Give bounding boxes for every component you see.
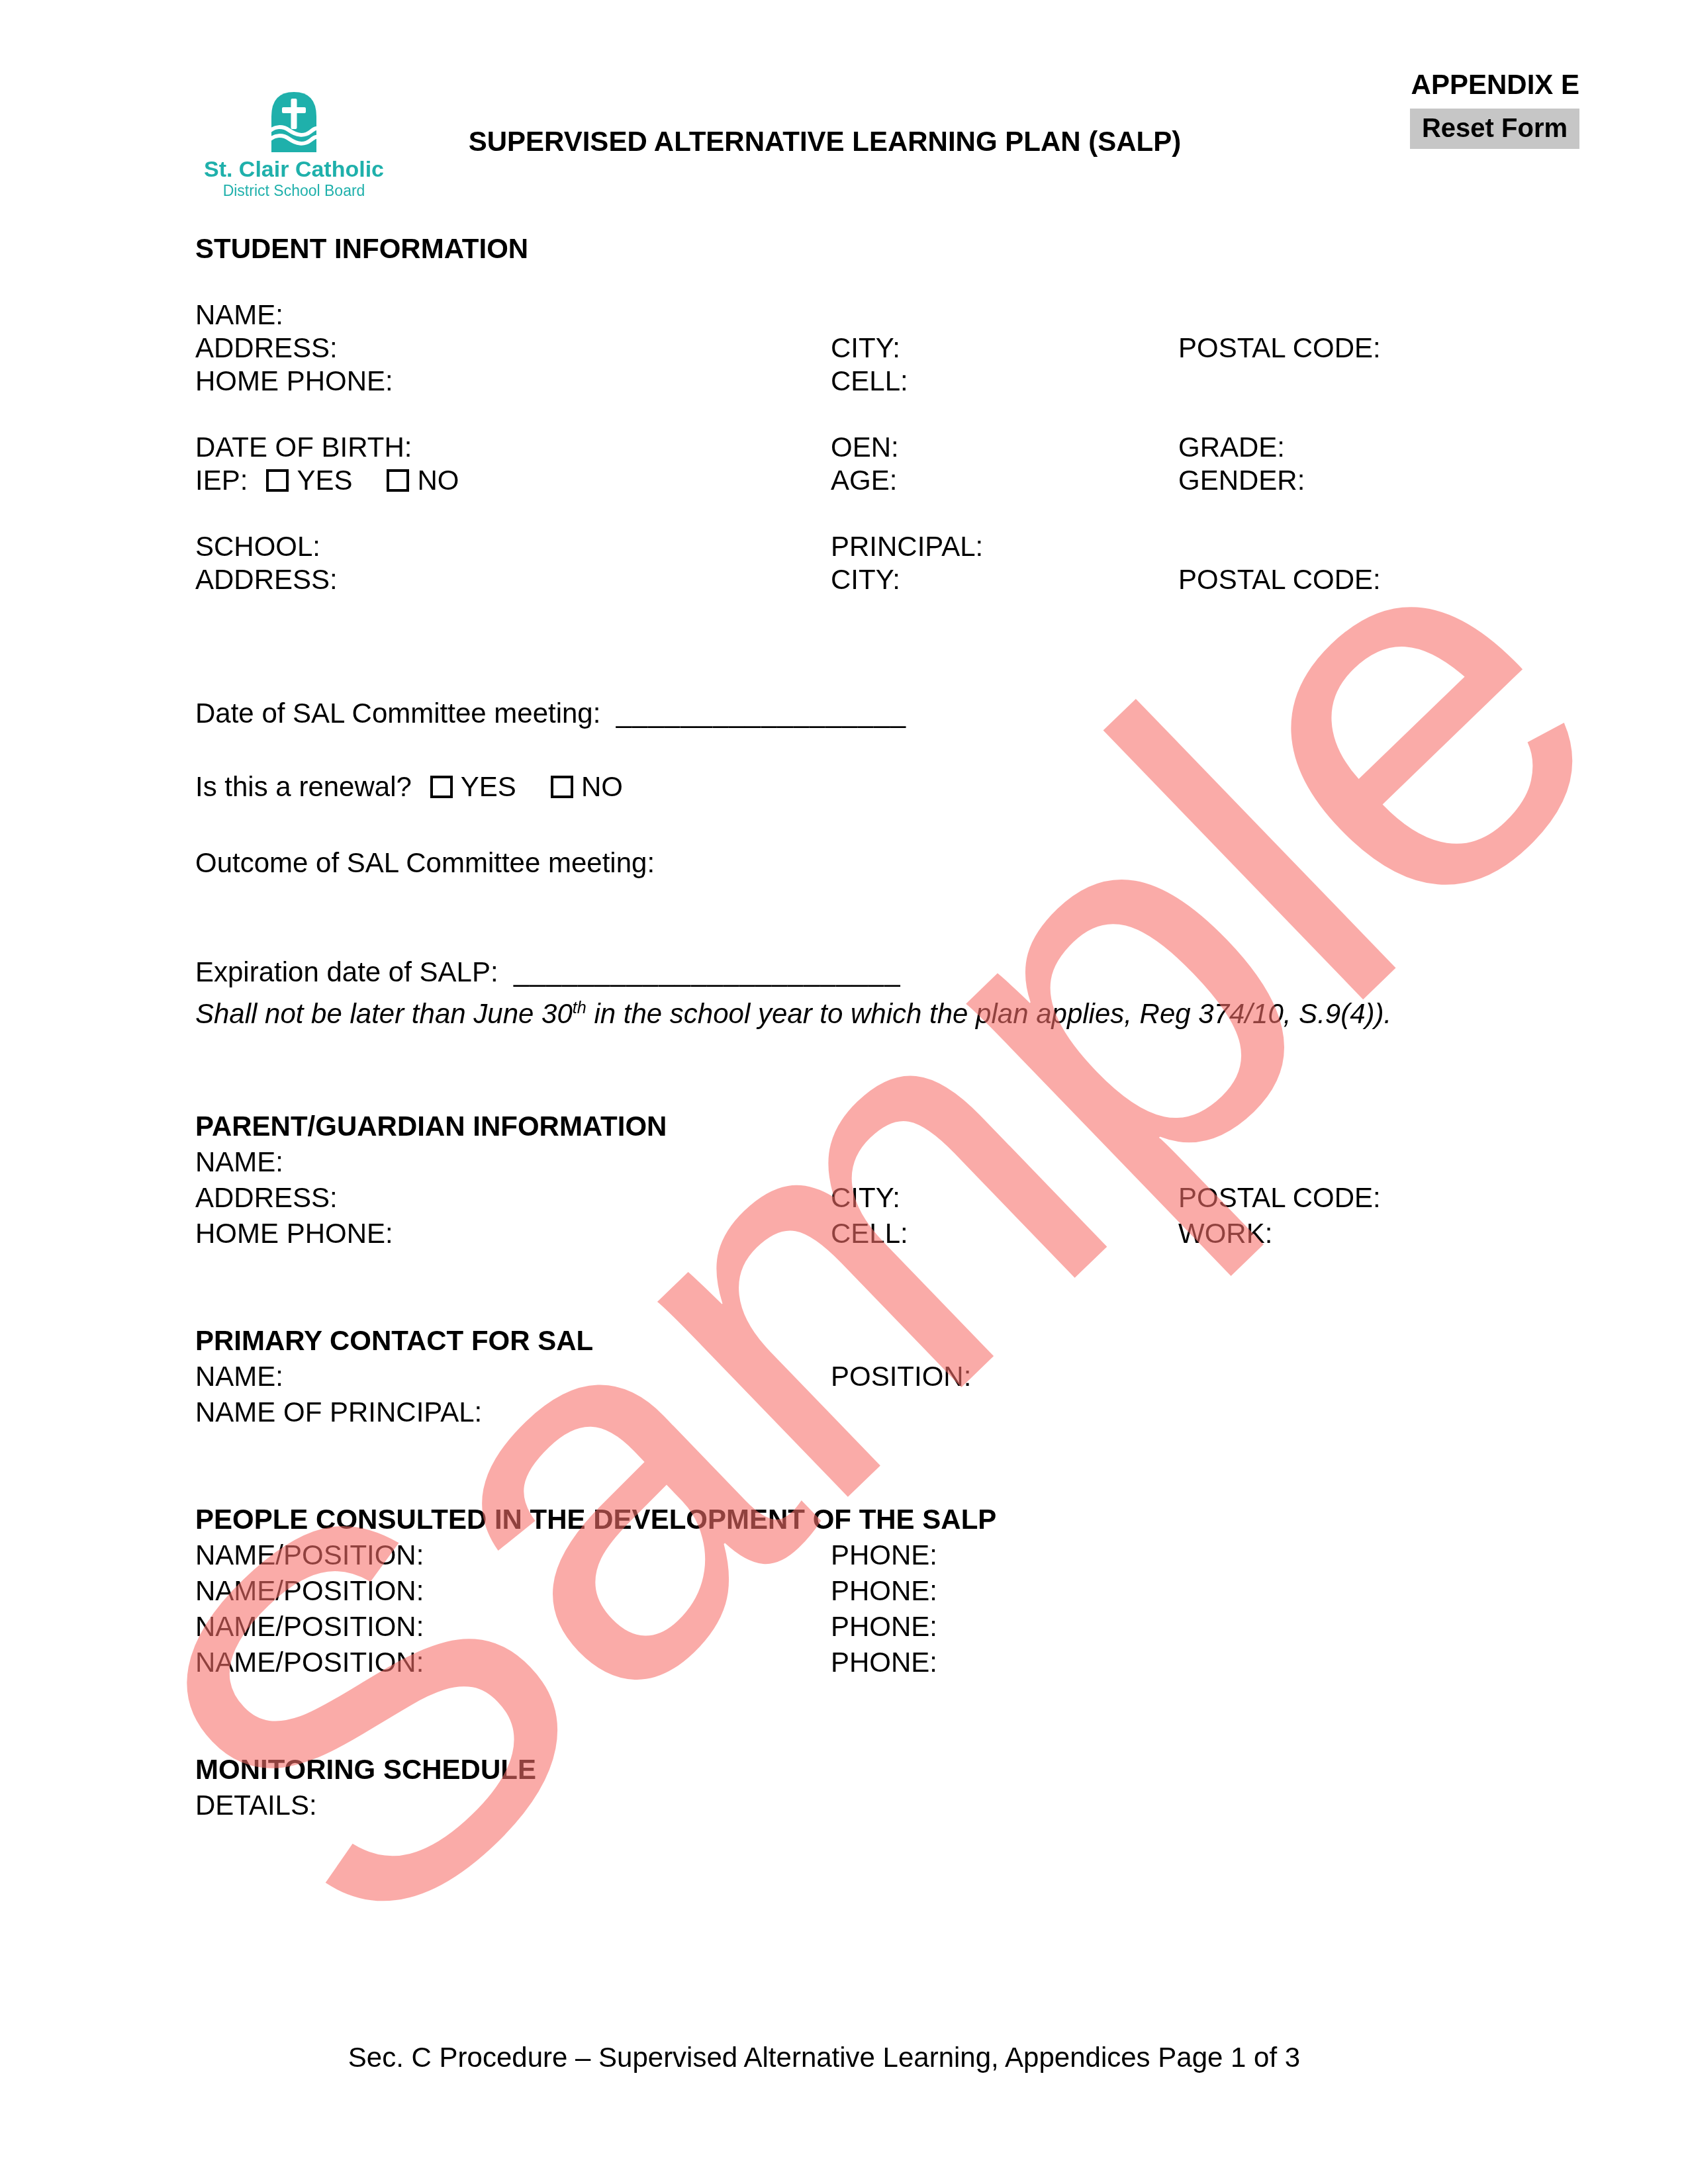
- expiration-label: Expiration date of SALP:: [195, 956, 498, 987]
- renewal-no-checkbox[interactable]: [551, 776, 573, 798]
- parent-phone-row: HOME PHONE: CELL: WORK:: [195, 1216, 1519, 1251]
- school-city-label: CITY:: [831, 562, 900, 598]
- student-gender-label: GENDER:: [1178, 463, 1305, 498]
- principal-name-label: NAME OF PRINCIPAL:: [195, 1396, 482, 1428]
- parent-name-row: NAME:: [195, 1144, 283, 1180]
- student-grade-label: GRADE:: [1178, 430, 1285, 465]
- meeting-date-label: Date of SAL Committee meeting:: [195, 698, 600, 729]
- principal-label: PRINCIPAL:: [831, 529, 983, 565]
- student-phone-row: HOME PHONE: CELL:: [195, 363, 1519, 399]
- student-info-heading: STUDENT INFORMATION: [195, 231, 528, 267]
- student-name-row: NAME:: [195, 297, 283, 333]
- parent-address-row: ADDRESS: CITY: POSTAL CODE:: [195, 1180, 1519, 1216]
- expiration-note-rest: in the school year to which the plan app…: [586, 998, 1391, 1029]
- student-dob-label: DATE OF BIRTH:: [195, 432, 412, 463]
- outcome-label: Outcome of SAL Committee meeting:: [195, 847, 655, 878]
- logo-board-subtitle: District School Board: [162, 181, 426, 200]
- monitoring-heading: MONITORING SCHEDULE: [195, 1752, 536, 1788]
- principal-name-row: NAME OF PRINCIPAL:: [195, 1394, 482, 1430]
- consulted-phone-label: PHONE:: [831, 1645, 937, 1680]
- school-address-label: ADDRESS:: [195, 564, 338, 595]
- consulted-row: NAME/POSITION: PHONE:: [195, 1645, 1519, 1680]
- meeting-date-row: Date of SAL Committee meeting: _________…: [195, 696, 906, 731]
- consulted-phone-label: PHONE:: [831, 1609, 937, 1645]
- consulted-name-label: NAME/POSITION:: [195, 1611, 424, 1642]
- iep-yes-label: YES: [297, 465, 352, 496]
- consulted-phone-label: PHONE:: [831, 1537, 937, 1573]
- iep-no-label: NO: [417, 465, 459, 496]
- primary-contact-name-label: NAME:: [195, 1361, 283, 1392]
- renewal-yes-checkbox[interactable]: [430, 776, 453, 798]
- meeting-date-blank: __________________: [616, 698, 906, 729]
- consulted-row: NAME/POSITION: PHONE:: [195, 1573, 1519, 1609]
- monitoring-details-label: DETAILS:: [195, 1790, 317, 1821]
- expiration-note-superscript: th: [573, 999, 586, 1017]
- student-city-label: CITY:: [831, 330, 900, 366]
- document-title: SUPERVISED ALTERNATIVE LEARNING PLAN (SA…: [0, 124, 1650, 159]
- parent-address-label: ADDRESS:: [195, 1182, 338, 1213]
- parent-info-heading: PARENT/GUARDIAN INFORMATION: [195, 1109, 667, 1144]
- expiration-note: Shall not be later than June 30th in the…: [195, 990, 1391, 1032]
- student-iep-label: IEP:: [195, 465, 248, 496]
- parent-work-label: WORK:: [1178, 1216, 1272, 1251]
- appendix-label: APPENDIX E: [1394, 67, 1579, 103]
- expiration-blank: ________________________: [514, 956, 901, 987]
- school-label: SCHOOL:: [195, 531, 320, 562]
- student-name-label: NAME:: [195, 299, 283, 330]
- iep-yes-checkbox[interactable]: [266, 469, 289, 492]
- parent-postal-label: POSTAL CODE:: [1178, 1180, 1381, 1216]
- consulted-name-label: NAME/POSITION:: [195, 1539, 424, 1570]
- student-oen-label: OEN:: [831, 430, 899, 465]
- school-postal-label: POSTAL CODE:: [1178, 562, 1381, 598]
- consulted-row: NAME/POSITION: PHONE:: [195, 1537, 1519, 1573]
- parent-home-phone-label: HOME PHONE:: [195, 1218, 393, 1249]
- iep-no-checkbox[interactable]: [387, 469, 409, 492]
- monitoring-details-row: DETAILS:: [195, 1788, 317, 1823]
- primary-contact-position-label: POSITION:: [831, 1359, 971, 1394]
- expiration-row: Expiration date of SALP: _______________…: [195, 954, 901, 990]
- page-footer: Sec. C Procedure – Supervised Alternativ…: [0, 2040, 1648, 2075]
- salp-form-page: St. Clair Catholic District School Board…: [0, 0, 1688, 2184]
- parent-cell-label: CELL:: [831, 1216, 908, 1251]
- student-iep-row: IEP:YESNO AGE: GENDER:: [195, 463, 1519, 498]
- renewal-question-label: Is this a renewal?: [195, 771, 412, 802]
- primary-contact-heading: PRIMARY CONTACT FOR SAL: [195, 1323, 593, 1359]
- student-dob-row: DATE OF BIRTH: OEN: GRADE:: [195, 430, 1519, 465]
- logo-board-name: St. Clair Catholic: [162, 158, 426, 181]
- student-postal-label: POSTAL CODE:: [1178, 330, 1381, 366]
- renewal-row: Is this a renewal?YESNO: [195, 769, 623, 805]
- consulted-phone-label: PHONE:: [831, 1573, 937, 1609]
- student-address-row: ADDRESS: CITY: POSTAL CODE:: [195, 330, 1519, 366]
- school-row: SCHOOL: PRINCIPAL:: [195, 529, 1519, 565]
- student-age-label: AGE:: [831, 463, 897, 498]
- consulted-name-label: NAME/POSITION:: [195, 1575, 424, 1606]
- consulted-name-label: NAME/POSITION:: [195, 1647, 424, 1678]
- renewal-no-label: NO: [581, 771, 623, 802]
- consulted-row: NAME/POSITION: PHONE:: [195, 1609, 1519, 1645]
- student-home-phone-label: HOME PHONE:: [195, 365, 393, 396]
- parent-name-label: NAME:: [195, 1146, 283, 1177]
- outcome-row: Outcome of SAL Committee meeting:: [195, 845, 655, 881]
- parent-city-label: CITY:: [831, 1180, 900, 1216]
- student-address-label: ADDRESS:: [195, 332, 338, 363]
- renewal-yes-label: YES: [461, 771, 516, 802]
- primary-contact-name-row: NAME: POSITION:: [195, 1359, 1519, 1394]
- school-address-row: ADDRESS: CITY: POSTAL CODE:: [195, 562, 1519, 598]
- student-cell-label: CELL:: [831, 363, 908, 399]
- people-consulted-heading: PEOPLE CONSULTED IN THE DEVELOPMENT OF T…: [195, 1502, 996, 1537]
- expiration-note-main: Shall not be later than June 30: [195, 998, 573, 1029]
